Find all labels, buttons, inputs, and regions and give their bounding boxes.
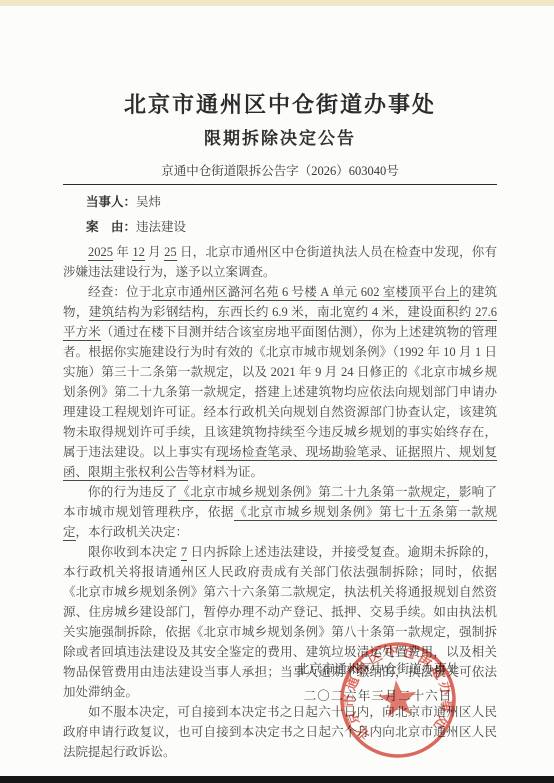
paragraph: 你的行为违反了《北京市城乡规划条例》第二十九条第一款规定，影响了本市城市规划管理… xyxy=(63,482,497,542)
official-red-seal: 北京市通州区中仓街道办事处 xyxy=(330,632,466,768)
case-value: 违法建设 xyxy=(136,220,186,234)
paragraph: 2025 年 12 月 25 日，北京市通州区中仓街道执法人员在检查中发现，你有… xyxy=(63,242,497,282)
seal-star-icon xyxy=(377,678,419,718)
case-line: 案 由：违法建设 xyxy=(86,219,497,235)
paragraph: 经查：位于北京市通州区潞河名苑 6 号楼 A 单元 602 室楼顶平台上的建筑物… xyxy=(63,282,497,482)
document-number: 京通中仓街道限拆公告字（2026）603040号 xyxy=(63,163,497,179)
scan-edge-bottom xyxy=(0,776,554,783)
party-label: 当事人： xyxy=(86,195,136,209)
party-line: 当事人：吴炜 xyxy=(86,194,497,210)
party-name: 吴炜 xyxy=(136,195,161,209)
org-title: 北京市通州区中仓街道办事处 xyxy=(63,92,497,118)
header-divider xyxy=(63,184,497,185)
case-label: 案 由： xyxy=(86,220,136,234)
notice-title: 限期拆除决定公告 xyxy=(63,128,497,150)
meta-section: 当事人：吴炜 案 由：违法建设 xyxy=(63,194,497,235)
scanned-notice-page: 北京市通州区中仓街道办事处 限期拆除决定公告 京通中仓街道限拆公告字（2026）… xyxy=(0,0,554,783)
scan-edge-top xyxy=(0,0,554,6)
